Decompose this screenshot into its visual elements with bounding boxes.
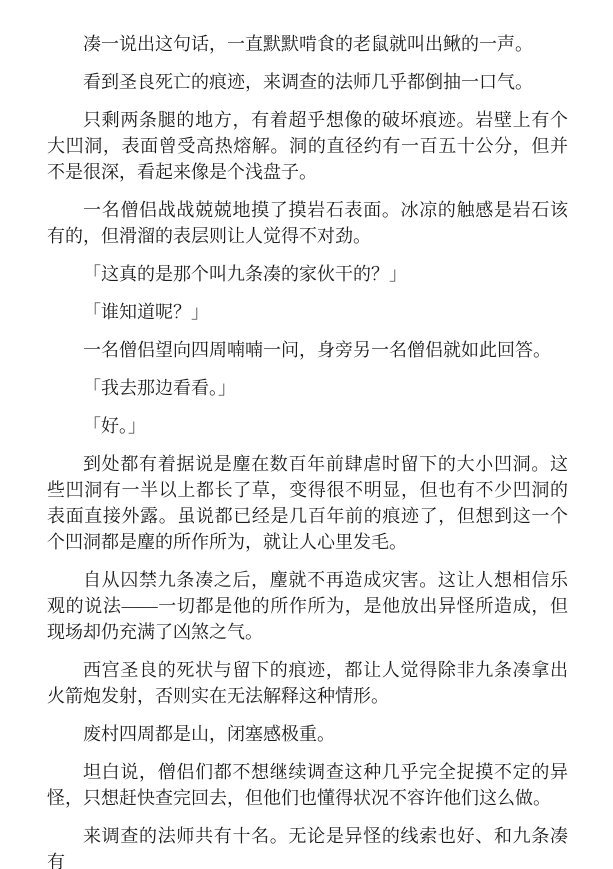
paragraph: 西宫圣良的死状与留下的痕迹，都让人觉得除非九条凑拿出火箭炮发射，否则实在无法解释… — [47, 657, 568, 709]
paragraph: 「我去那边看看。」 — [47, 375, 568, 401]
page-content: 凑一说出这句话，一直默默啃食的老鼠就叫出鳅的一声。看到圣良死亡的痕迹，来调查的法… — [47, 31, 568, 869]
paragraph: 凑一说出这句话，一直默默啃食的老鼠就叫出鳅的一声。 — [47, 31, 568, 57]
document-page: 凑一说出这句话，一直默默啃食的老鼠就叫出鳅的一声。看到圣良死亡的痕迹，来调查的法… — [0, 0, 613, 869]
paragraph: 一名僧侣战战兢兢地摸了摸岩石表面。冰凉的触感是岩石该有的，但滑溜的表层则让人觉得… — [47, 197, 568, 249]
paragraph: 一名僧侣望向四周喃喃一问，身旁另一名僧侣就如此回答。 — [47, 337, 568, 363]
paragraph: 看到圣良死亡的痕迹，来调查的法师几乎都倒抽一口气。 — [47, 69, 568, 95]
paragraph: 来调查的法师共有十名。无论是异怪的线索也好、和九条凑有 — [47, 823, 568, 869]
paragraph: 废村四周都是山，闭塞感极重。 — [47, 721, 568, 747]
paragraph: 「好。」 — [47, 413, 568, 439]
paragraph: 只剩两条腿的地方，有着超乎想像的破坏痕迹。岩壁上有个大凹洞，表面曾受高热熔解。洞… — [47, 107, 568, 185]
paragraph: 自从囚禁九条凑之后，麈就不再造成灾害。这让人想相信乐观的说法——一切都是他的所作… — [47, 567, 568, 645]
paragraph: 坦白说，僧侣们都不想继续调查这种几乎完全捉摸不定的异怪，只想赶快查完回去，但他们… — [47, 759, 568, 811]
paragraph: 到处都有着据说是麈在数百年前肆虐时留下的大小凹洞。这些凹洞有一半以上都长了草，变… — [47, 451, 568, 555]
paragraph: 「这真的是那个叫九条凑的家伙干的？」 — [47, 261, 568, 287]
paragraph: 「谁知道呢？」 — [47, 299, 568, 325]
